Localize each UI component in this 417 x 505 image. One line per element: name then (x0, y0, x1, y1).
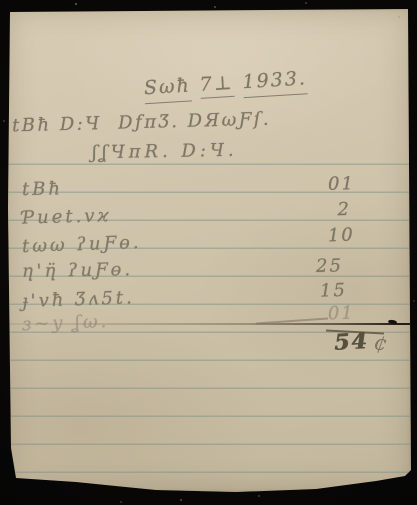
cent-sign: ¢ (372, 330, 389, 356)
date-ordinal: 7⊥ (199, 72, 234, 99)
date-line: Sωħ7⊥1933. (143, 67, 316, 104)
heading-line-2: ʃʆЧπR. D:Ч. (92, 140, 238, 164)
entry-amount: 01 (328, 173, 355, 194)
total-amount: 54 (333, 328, 369, 356)
date-word: Sωħ (143, 74, 191, 104)
entry-label: ƞ'ƞ̈ ʔuƑɵ. (22, 259, 134, 282)
entry-label: Ƥuet.vϰ (22, 205, 112, 228)
entry-amount: 10 (328, 224, 356, 246)
entry-label: ɜ~y ʆω. (22, 311, 110, 335)
entry-label: tBħ (22, 178, 63, 200)
entry-amount: 01 (328, 302, 356, 324)
dust-specks (0, 0, 2, 2)
photograph: Sωħ7⊥1933. tBħ D:Ч DƒπƷ. DЯωƑſ. ʃʆЧπR. D… (0, 0, 417, 505)
date-year: 1933. (242, 67, 308, 98)
entry-label: tωω ʔuƑɵ. (22, 232, 142, 257)
entry-amount: 25 (316, 255, 343, 276)
entry-amount: 15 (320, 280, 348, 302)
heading-line-1: tBħ D:Ч DƒπƷ. DЯωƑſ. (12, 109, 272, 137)
total-block: 54 ¢ (326, 324, 416, 378)
entry-label: ɟ'vħ Ʒʌ5t. (22, 287, 136, 312)
entry-amount: 2 (337, 199, 351, 220)
ledger-page: Sωħ7⊥1933. tBħ D:Ч DƒπƷ. DЯωƑſ. ʃʆЧπR. D… (6, 8, 411, 492)
